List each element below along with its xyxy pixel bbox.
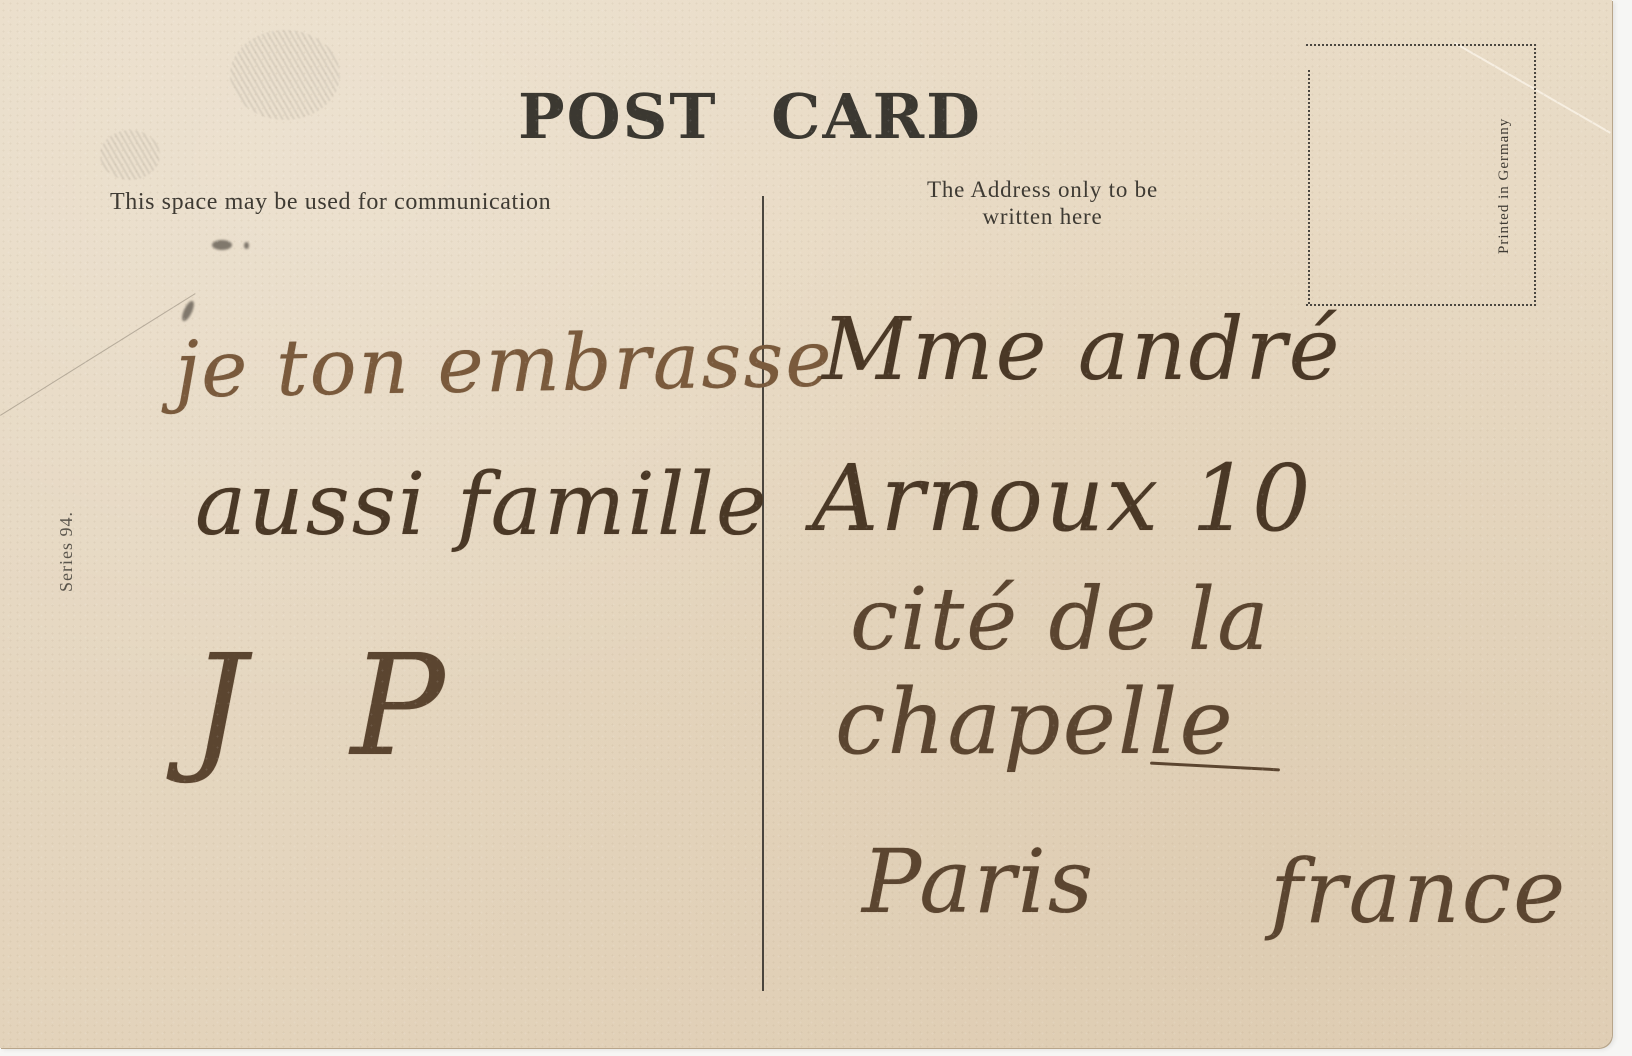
address-line-3: cité de la [850, 570, 1271, 670]
address-label: The Address only to be written here [870, 176, 1215, 230]
message-line-2: aussi famille [195, 455, 769, 555]
address-line-1: Mme andré [822, 300, 1342, 400]
address-label-line1: The Address only to be [870, 176, 1215, 203]
message-line-1: je ton embrasse [174, 314, 834, 415]
postcard: POST CARD This space may be used for com… [0, 0, 1612, 1048]
stamp-box-left-border [1308, 70, 1310, 304]
communication-label: This space may be used for communication [110, 189, 551, 216]
ink-smudge [212, 240, 232, 250]
message-signature: J P [190, 625, 475, 788]
address-line-2: Arnoux 10 [812, 445, 1313, 552]
address-country: france [1270, 840, 1567, 943]
ink-smudge [244, 242, 249, 249]
postmark-ghost [230, 30, 340, 120]
postmark-ghost [100, 130, 160, 180]
printed-in-germany-label: Printed in Germany [1496, 54, 1516, 254]
postcard-title: POST CARD [518, 80, 982, 153]
ink-smudge [180, 299, 197, 322]
paper-crease [0, 293, 196, 416]
address-line-4: chapelle [835, 670, 1235, 775]
series-label: Series 94. [56, 511, 77, 592]
address-city: Paris [862, 830, 1095, 933]
address-label-line2: written here [870, 203, 1215, 230]
